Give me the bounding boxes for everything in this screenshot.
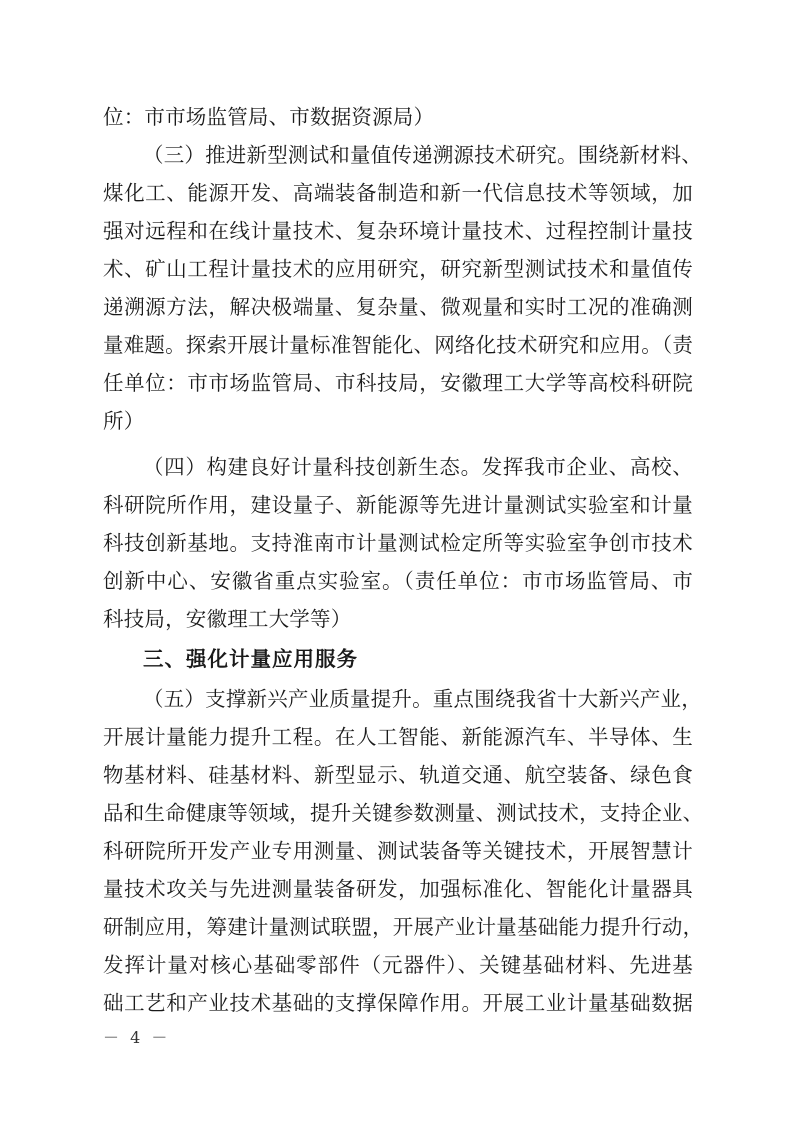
text-line: 煤化工、能源开发、高端装备制造和新一代信息技术等领域，加	[103, 178, 693, 208]
text-line: 础工艺和产业技术基础的支撑保障作用。开展工业计量基础数据	[103, 988, 693, 1018]
paragraph-5-start: （五）支撑新兴产业质量提升。重点围绕我省十大新兴产业，	[143, 684, 693, 714]
text-line: 术、矿山工程计量技术的应用研究，研究新型测试技术和量值传	[103, 254, 693, 284]
paragraph-4-start: （四）构建良好计量科技创新生态。发挥我市企业、高校、	[143, 452, 693, 482]
text-line: 科技局，安徽理工大学等）	[103, 604, 693, 634]
text-line: 发挥计量对核心基础零部件（元器件）、关键基础材料、先进基	[103, 950, 693, 980]
text-line: 位：市市场监管局、市数据资源局）	[103, 102, 693, 132]
text-line: 强对远程和在线计量技术、复杂环境计量技术、过程控制计量技	[103, 216, 693, 246]
document-page: 位：市市场监管局、市数据资源局） （三）推进新型测试和量值传递溯源技术研究。围绕…	[0, 0, 793, 1122]
text-line: 任单位：市市场监管局、市科技局，安徽理工大学等高校科研院	[103, 368, 693, 398]
text-line: 科研院所开发产业专用测量、测试装备等关键技术，开展智慧计	[103, 836, 693, 866]
text-line: 量技术攻关与先进测量装备研发，加强标准化、智能化计量器具	[103, 874, 693, 904]
page-number: － 4 －	[103, 1025, 170, 1048]
text-line: 科技创新基地。支持淮南市计量测试检定所等实验室争创市技术	[103, 528, 693, 558]
text-line: 物基材料、硅基材料、新型显示、轨道交通、航空装备、绿色食	[103, 760, 693, 790]
text-line: 研制应用，筹建计量测试联盟，开展产业计量基础能力提升行动，	[103, 912, 693, 942]
text-line: 创新中心、安徽省重点实验室。（责任单位：市市场监管局、市	[103, 566, 693, 596]
paragraph-3-start: （三）推进新型测试和量值传递溯源技术研究。围绕新材料、	[143, 140, 693, 170]
text-line: 开展计量能力提升工程。在人工智能、新能源汽车、半导体、生	[103, 722, 693, 752]
text-line: 所）	[103, 406, 693, 436]
section-heading: 三、强化计量应用服务	[143, 644, 693, 674]
text-line: 科研院所作用，建设量子、新能源等先进计量测试实验室和计量	[103, 490, 693, 520]
text-line: 递溯源方法，解决极端量、复杂量、微观量和实时工况的准确测	[103, 292, 693, 322]
text-line: 品和生命健康等领域，提升关键参数测量、测试技术，支持企业、	[103, 798, 693, 828]
text-line: 量难题。探索开展计量标准智能化、网络化技术研究和应用。（责	[103, 330, 693, 360]
